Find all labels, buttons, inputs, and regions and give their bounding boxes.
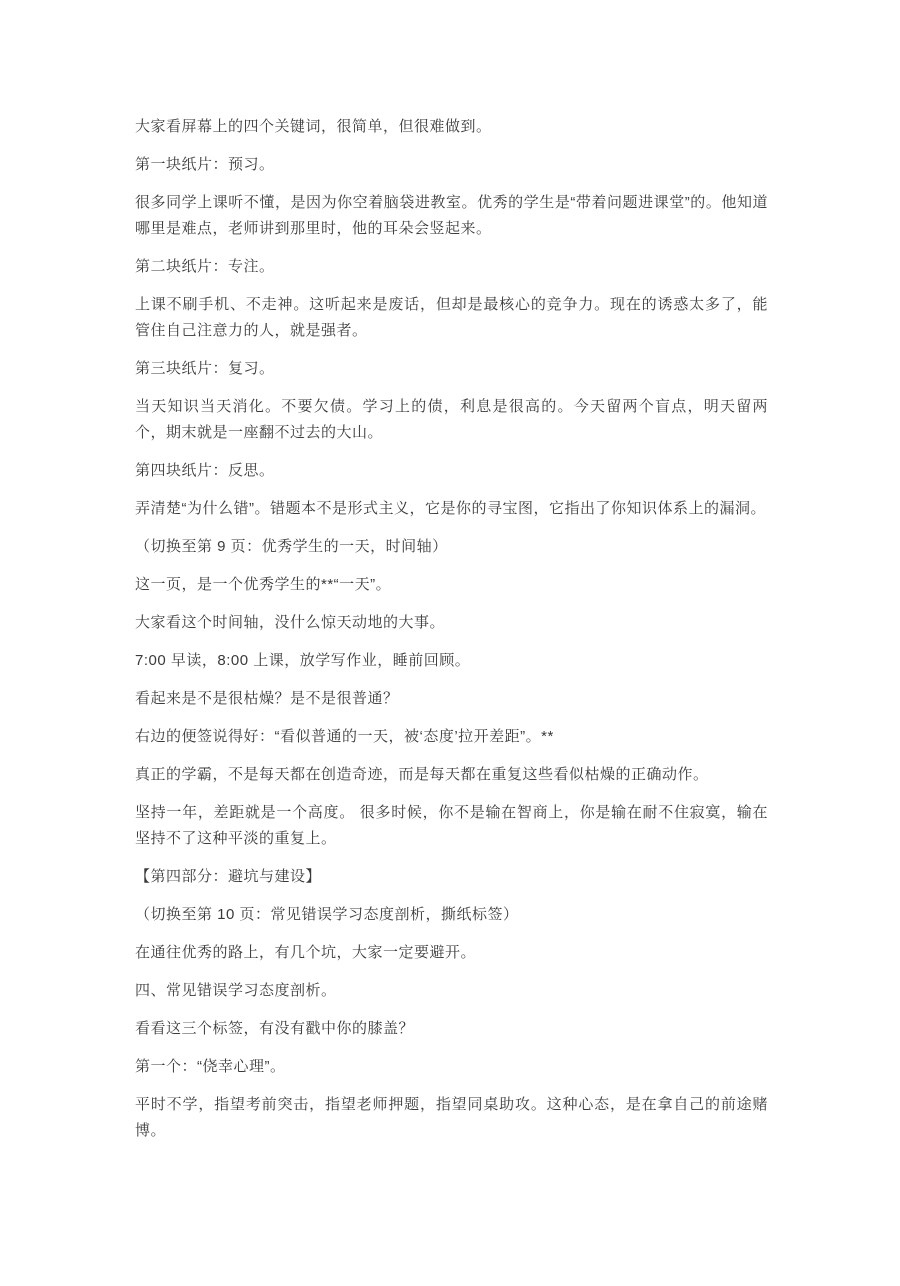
paragraph: 在通往优秀的路上，有几个坑，大家一定要避开。 (135, 940, 768, 966)
paragraph: 看起来是不是很枯燥？是不是很普通？ (135, 686, 768, 712)
paragraph: 平时不学，指望考前突击，指望老师押题，指望同桌助攻。这种心态，是在拿自己的前途赌… (135, 1092, 768, 1144)
paragraph: 7:00 早读，8:00 上课，放学写作业，睡前回顾。 (135, 648, 768, 674)
paragraph: 第四块纸片：反思。 (135, 458, 768, 484)
paragraph: （切换至第 10 页：常见错误学习态度剖析，撕纸标签） (135, 902, 768, 928)
paragraph: 第三块纸片：复习。 (135, 356, 768, 382)
paragraph: 第一块纸片：预习。 (135, 152, 768, 178)
section-heading: 【第四部分：避坑与建设】 (135, 864, 768, 890)
paragraph: 看看这三个标签，有没有戳中你的膝盖？ (135, 1016, 768, 1042)
paragraph: 第二块纸片：专注。 (135, 254, 768, 280)
paragraph: 很多同学上课听不懂，是因为你空着脑袋进教室。优秀的学生是“带着问题进课堂”的。他… (135, 190, 768, 242)
paragraph: 大家看屏幕上的四个关键词，很简单，但很难做到。 (135, 114, 768, 140)
paragraph: 坚持一年，差距就是一个高度。 很多时候，你不是输在智商上，你是输在耐不住寂寞，输… (135, 800, 768, 852)
paragraph: 右边的便签说得好：“看似普通的一天，被‘态度’拉开差距”。** (135, 724, 768, 750)
paragraph: 第一个：“侥幸心理”。 (135, 1054, 768, 1080)
document-page: 大家看屏幕上的四个关键词，很简单，但很难做到。 第一块纸片：预习。 很多同学上课… (0, 0, 900, 1286)
paragraph: 上课不刷手机、不走神。这听起来是废话，但却是最核心的竞争力。现在的诱惑太多了，能… (135, 292, 768, 344)
paragraph: 弄清楚“为什么错”。错题本不是形式主义，它是你的寻宝图，它指出了你知识体系上的漏… (135, 496, 768, 522)
paragraph: 大家看这个时间轴，没什么惊天动地的大事。 (135, 610, 768, 636)
paragraph: 当天知识当天消化。不要欠债。学习上的债，利息是很高的。今天留两个盲点，明天留两个… (135, 394, 768, 446)
paragraph: （切换至第 9 页：优秀学生的一天，时间轴） (135, 534, 768, 560)
paragraph: 真正的学霸，不是每天都在创造奇迹，而是每天都在重复这些看似枯燥的正确动作。 (135, 762, 768, 788)
paragraph: 这一页，是一个优秀学生的**“一天”。 (135, 572, 768, 598)
paragraph: 四、常见错误学习态度剖析。 (135, 978, 768, 1004)
